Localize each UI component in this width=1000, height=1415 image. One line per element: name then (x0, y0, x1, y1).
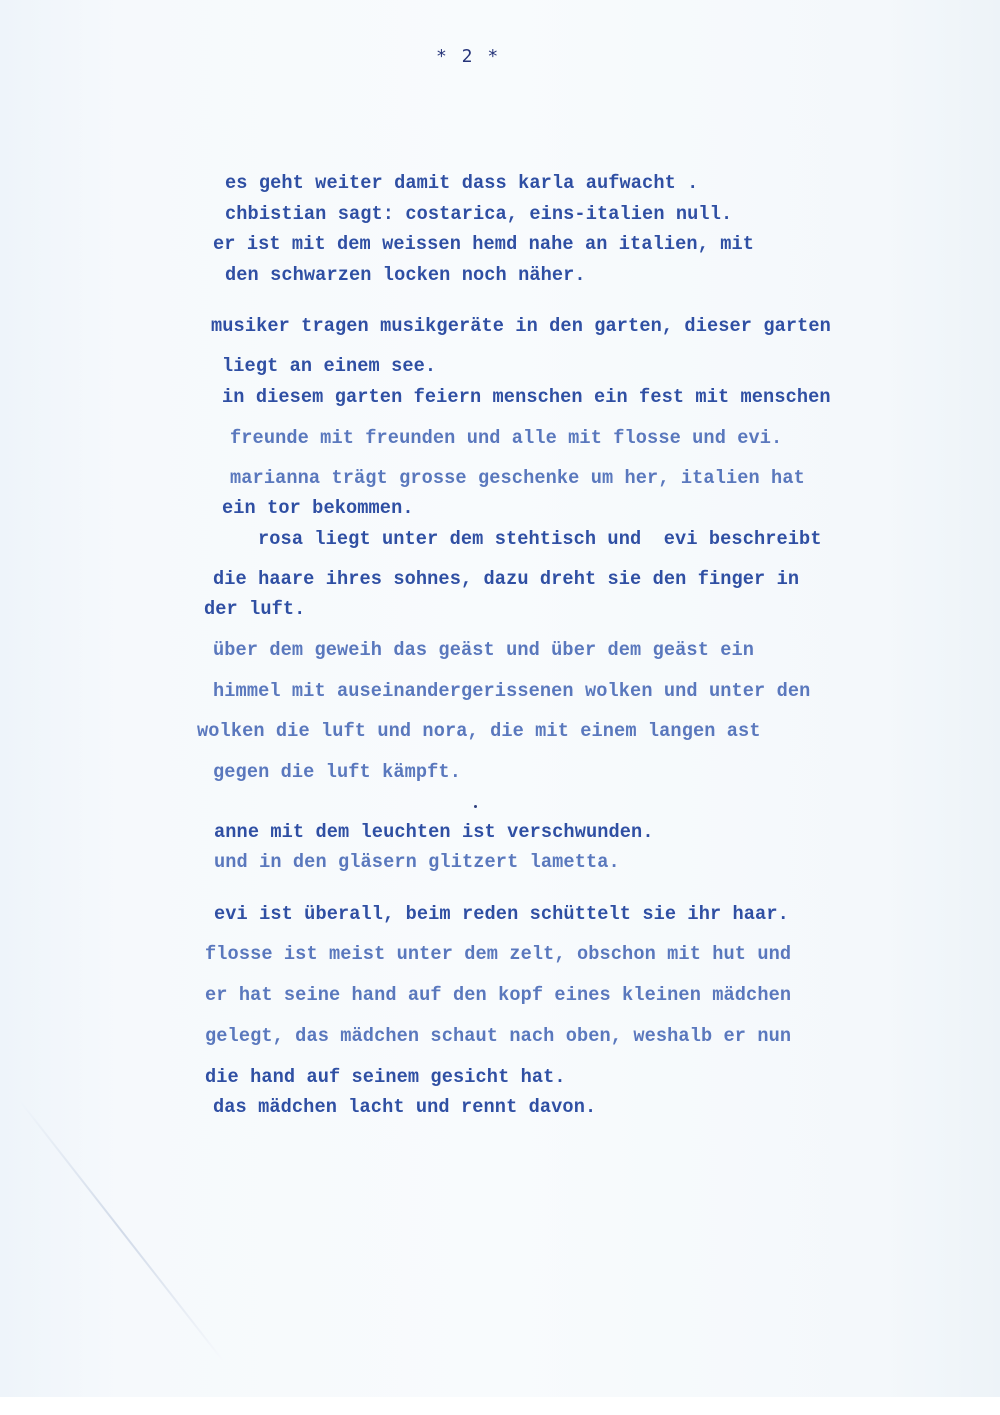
paper-crease (19, 1100, 224, 1361)
text-line: freunde mit freunden und alle mit flosse… (230, 427, 782, 449)
text-line: er hat seine hand auf den kopf eines kle… (205, 984, 791, 1006)
text-line: anne mit dem leuchten ist verschwunden. (214, 821, 654, 843)
text-line: gelegt, das mädchen schaut nach oben, we… (205, 1025, 791, 1047)
text-line: in diesem garten feiern menschen ein fes… (222, 386, 831, 408)
text-line: die haare ihres sohnes, dazu dreht sie d… (213, 568, 799, 590)
text-line: liegt an einem see. (222, 355, 436, 377)
text-line: evi ist überall, beim reden schüttelt si… (214, 903, 789, 925)
stray-ink-dot (474, 805, 477, 808)
text-line: gegen die luft kämpft. (213, 761, 461, 783)
text-line: chbistian sagt: costarica, eins-italien … (225, 203, 732, 225)
text-line: und in den gläsern glitzert lametta. (214, 851, 620, 873)
text-line: himmel mit auseinandergerissenen wolken … (213, 680, 810, 702)
text-line: die hand auf seinem gesicht hat. (205, 1066, 566, 1088)
text-line: musiker tragen musikgeräte in den garten… (211, 315, 831, 337)
text-line: es geht weiter damit dass karla aufwacht… (225, 172, 698, 194)
text-line: den schwarzen locken noch näher. (225, 264, 586, 286)
text-line: über dem geweih das geäst und über dem g… (213, 639, 754, 661)
text-line: marianna trägt grosse geschenke um her, … (230, 467, 805, 489)
text-line: flosse ist meist unter dem zelt, obschon… (205, 943, 791, 965)
text-line: der luft. (204, 598, 305, 620)
text-line: ein tor bekommen. (222, 497, 414, 519)
text-line: wolken die luft und nora, die mit einem … (197, 720, 761, 742)
text-line: das mädchen lacht und rennt davon. (213, 1096, 596, 1118)
page-number: * 2 * (436, 46, 500, 67)
typewritten-page: * 2 * es geht weiter damit dass karla au… (0, 0, 1000, 1415)
text-line: er ist mit dem weissen hemd nahe an ital… (213, 233, 754, 255)
text-line: rosa liegt unter dem stehtisch und evi b… (258, 528, 822, 550)
